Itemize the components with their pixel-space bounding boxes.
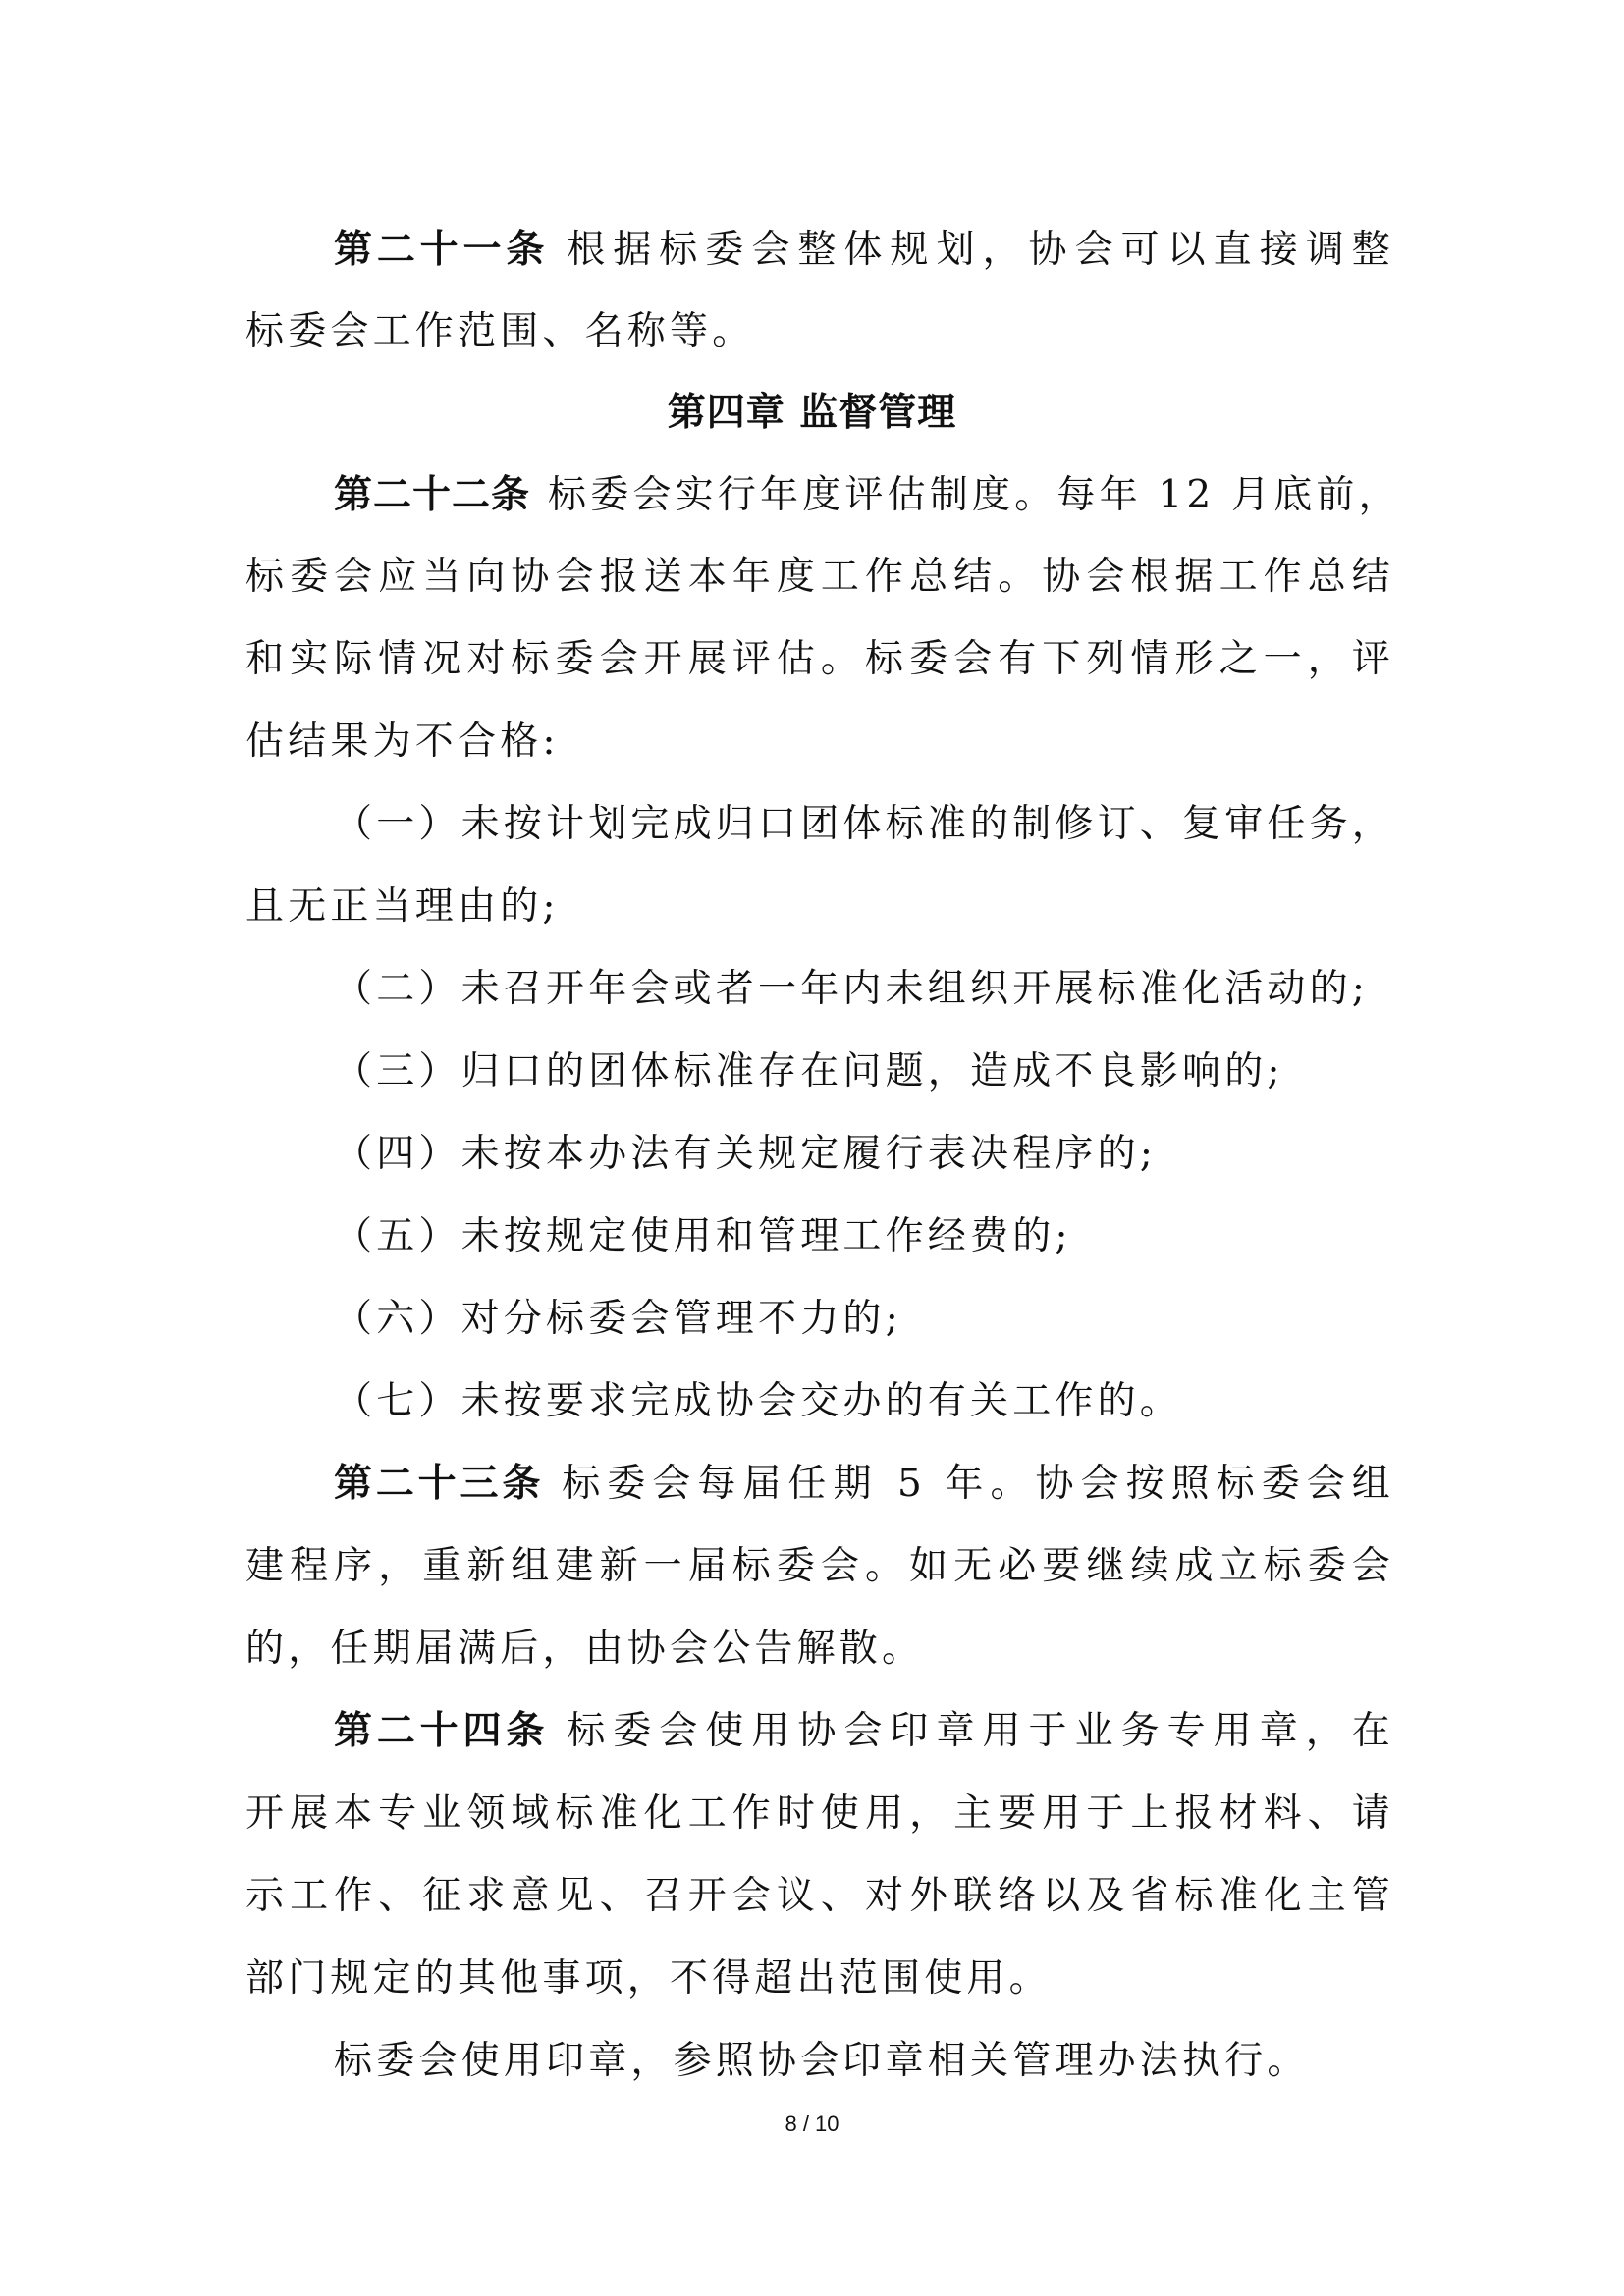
article-21-line-2: 标委会工作范围、名称等。	[245, 307, 1394, 356]
article-22-line-2: 标委会应当向协会报送本年度工作总结。协会根据工作总结	[245, 553, 1394, 602]
list-item-4: （四）未按本办法有关规定履行表决程序的;	[334, 1130, 1394, 1179]
article-23-line-3: 的，任期届满后，由协会公告解散。	[245, 1625, 1394, 1674]
article-23-label: 第二十三条	[334, 1462, 544, 1506]
list-item-1-line-2: 且无正当理由的;	[245, 882, 1394, 932]
list-item-1-line-1: （一）未按计划完成归口团体标准的制修订、复审任务，	[334, 800, 1394, 849]
article-22-line-3: 和实际情况对标委会开展评估。标委会有下列情形之一，评	[245, 635, 1394, 684]
article-24-text: 标委会使用协会印章用于业务专用章，在	[567, 1709, 1394, 1753]
list-item-7: （七）未按要求完成协会交办的有关工作的。	[334, 1377, 1394, 1426]
article-21-line-1: 第二十一条根据标委会整体规划，协会可以直接调整	[334, 226, 1394, 275]
article-24-line-2: 开展本专业领域标准化工作时使用，主要用于上报材料、请	[245, 1789, 1394, 1839]
list-item-6: （六）对分标委会管理不力的;	[334, 1295, 1394, 1344]
list-item-5: （五）未按规定使用和管理工作经费的;	[334, 1212, 1394, 1261]
article-23-line-1: 第二十三条标委会每届任期 5 年。协会按照标委会组	[334, 1460, 1394, 1509]
article-21-label: 第二十一条	[334, 228, 549, 272]
article-22-line-4: 估结果为不合格:	[245, 718, 1394, 767]
chapter-title: 第四章 监督管理	[0, 389, 1624, 438]
article-24-paragraph-2: 标委会使用印章，参照协会印章相关管理办法执行。	[334, 2037, 1394, 2086]
article-22-line-1: 第二十二条标委会实行年度评估制度。每年 12 月底前，	[334, 471, 1394, 520]
article-22-text: 标委会实行年度评估制度。每年 12 月底前，	[548, 473, 1401, 517]
document-page: 第二十一条根据标委会整体规划，协会可以直接调整 标委会工作范围、名称等。 第四章…	[0, 0, 1624, 2296]
article-24-label: 第二十四条	[334, 1709, 549, 1753]
article-22-label: 第二十二条	[334, 473, 530, 517]
article-21-text: 根据标委会整体规划，协会可以直接调整	[567, 228, 1394, 272]
list-item-3: （三）归口的团体标准存在问题，造成不良影响的;	[334, 1047, 1394, 1096]
page-number: 8 / 10	[0, 2110, 1624, 2138]
list-item-2: （二）未召开年会或者一年内未组织开展标准化活动的;	[334, 965, 1394, 1014]
article-23-text: 标委会每届任期 5 年。协会按照标委会组	[562, 1462, 1394, 1506]
article-24-line-1: 第二十四条标委会使用协会印章用于业务专用章，在	[334, 1707, 1394, 1756]
article-24-line-3: 示工作、征求意见、召开会议、对外联络以及省标准化主管	[245, 1872, 1394, 1921]
article-23-line-2: 建程序，重新组建新一届标委会。如无必要继续成立标委会	[245, 1542, 1394, 1591]
article-24-line-4: 部门规定的其他事项，不得超出范围使用。	[245, 1954, 1394, 2003]
